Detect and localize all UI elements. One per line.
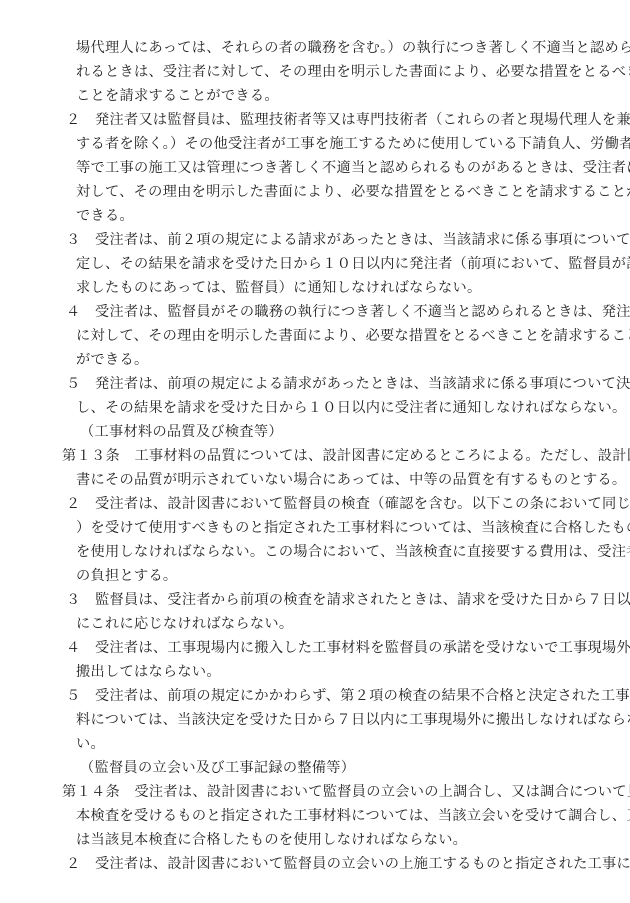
text-line: ２ 発注者又は監督員は、監理技術者等又は専門技術者（これらの者と現場代理人を兼任: [66, 108, 630, 132]
text-line: ができる。: [76, 348, 148, 372]
text-line: ２ 受注者は、設計図書において監督員の検査（確認を含む。以下この条において同じ。: [66, 492, 630, 516]
document-page: 場代理人にあっては、それらの者の職務を含む。）の執行につき著しく不適当と認められ…: [0, 0, 630, 903]
text-line: 搬出してはならない。: [76, 660, 221, 684]
text-line: は当該見本検査に合格したものを使用しなければならない。: [76, 828, 467, 852]
text-line: 対して、その理由を明示した書面により、必要な措置をとるべきことを請求することが: [76, 180, 630, 204]
text-line: できる。: [76, 204, 134, 228]
text-line: ことを請求することができる。: [76, 84, 279, 108]
text-line: し、その結果を請求を受けた日から１０日以内に受注者に通知しなければならない。: [76, 396, 627, 420]
text-line: 第１４条 受注者は、設計図書において監督員の立会いの上調合し、又は調合について見: [62, 780, 630, 804]
text-line: 等で工事の施工又は管理につき著しく不適当と認められるものがあるときは、受注者に: [76, 156, 630, 180]
text-line: にこれに応じなければならない。: [76, 612, 293, 636]
text-line: 本検査を受けるものと指定された工事材料については、当該立会いを受けて調合し、又: [76, 804, 630, 828]
text-line: ２ 受注者は、設計図書において監督員の立会いの上施工するものと指定された工事につ: [66, 852, 630, 876]
text-line: ４ 受注者は、監督員がその職務の執行につき著しく不適当と認められるときは、発注者: [66, 300, 630, 324]
text-line: 料については、当該決定を受けた日から７日以内に工事現場外に搬出しなければならな: [76, 708, 630, 732]
text-line: ３ 受注者は、前２項の規定による請求があったときは、当該請求に係る事項について決: [66, 228, 630, 252]
text-line: 書にその品質が明示されていない場合にあっては、中等の品質を有するものとする。: [76, 468, 626, 492]
text-line: （監督員の立会い及び工事記録の整備等）: [80, 756, 355, 780]
text-line: 第１３条 工事材料の品質については、設計図書に定めるところによる。ただし、設計図: [62, 444, 630, 468]
text-line: （工事材料の品質及び検査等）: [80, 420, 283, 444]
text-line: ４ 受注者は、工事現場内に搬入した工事材料を監督員の承諾を受けないで工事現場外に: [66, 636, 630, 660]
text-line: ３ 監督員は、受注者から前項の検査を請求されたときは、請求を受けた日から７日以内: [66, 588, 630, 612]
text-line: 場代理人にあっては、それらの者の職務を含む。）の執行につき著しく不適当と認めら: [76, 36, 630, 60]
text-line: ５ 発注者は、前項の規定による請求があったときは、当該請求に係る事項について決定: [66, 372, 630, 396]
text-line: する者を除く。）その他受注者が工事を施工するために使用している下請負人、労働者: [76, 132, 630, 156]
text-line: ５ 受注者は、前項の規定にかかわらず、第２項の検査の結果不合格と決定された工事材: [66, 684, 630, 708]
text-line: れるときは、受注者に対して、その理由を明示した書面により、必要な措置をとるべき: [76, 60, 630, 84]
text-line: 求したものにあっては、監督員）に通知しなければならない。: [76, 276, 482, 300]
text-line: ）を受けて使用すべきものと指定された工事材料については、当該検査に合格したもの: [76, 516, 630, 540]
text-line: の負担とする。: [76, 564, 177, 588]
text-line: 定し、その結果を請求を受けた日から１０日以内に発注者（前項において、監督員が請: [76, 252, 630, 276]
text-line: を使用しなければならない。この場合において、当該検査に直接要する費用は、受注者: [76, 540, 630, 564]
text-line: に対して、その理由を明示した書面により、必要な措置をとるべきことを請求すること: [76, 324, 630, 348]
text-line: い。: [76, 732, 105, 756]
